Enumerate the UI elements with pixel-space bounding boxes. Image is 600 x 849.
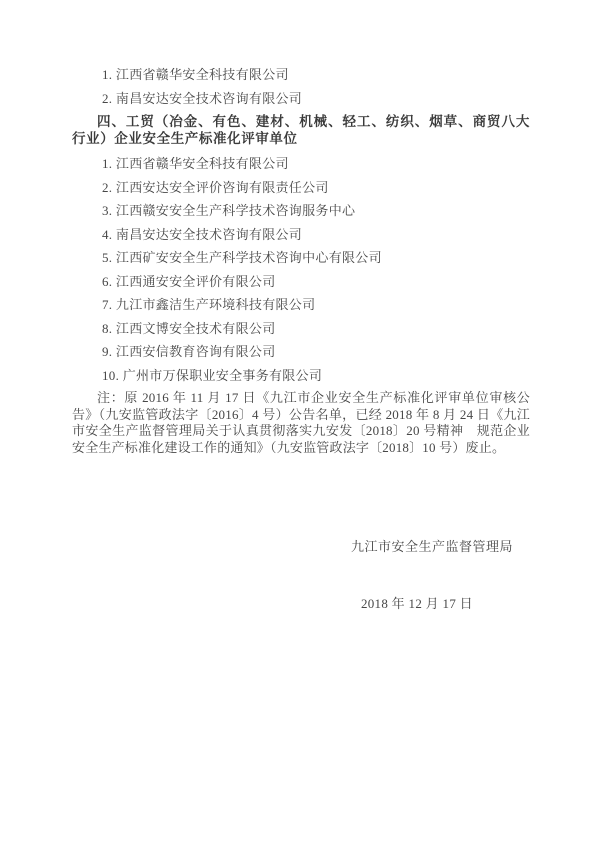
continued-list-item-1: 1. 江西省赣华安全科技有限公司	[72, 66, 530, 83]
section-list-item-7: 7. 九江市鑫洁生产环境科技有限公司	[72, 296, 530, 313]
continued-list-item-2: 2. 南昌安达安全技术咨询有限公司	[72, 90, 530, 107]
section-list-item-9: 9. 江西安信教育咨询有限公司	[72, 343, 530, 360]
section-list-item-1: 1. 江西省赣华安全科技有限公司	[72, 155, 530, 172]
document-content: 1. 江西省赣华安全科技有限公司 2. 南昌安达安全技术咨询有限公司 四、工贸（…	[0, 0, 600, 612]
section-list-item-8: 8. 江西文博安全技术有限公司	[72, 320, 530, 337]
section-list-item-6: 6. 江西通安安全评价有限公司	[72, 273, 530, 290]
note-paragraph: 注：原 2016 年 11 月 17 日《九江市企业安全生产标准化评审单位审核公…	[72, 390, 530, 456]
issue-date: 2018 年 12 月 17 日	[72, 595, 530, 612]
section-list-item-10: 10. 广州市万保职业安全事务有限公司	[72, 367, 530, 384]
section-heading: 四、工贸（冶金、有色、建材、机械、轻工、纺织、烟草、商贸八大行业）企业安全生产标…	[72, 113, 530, 147]
document-page: 1. 江西省赣华安全科技有限公司 2. 南昌安达安全技术咨询有限公司 四、工贸（…	[0, 0, 600, 849]
issuing-authority-signature: 九江市安全生产监督管理局	[72, 538, 530, 555]
section-list-item-5: 5. 江西矿安安全生产科学技术咨询中心有限公司	[72, 249, 530, 266]
section-list-item-4: 4. 南昌安达安全技术咨询有限公司	[72, 226, 530, 243]
section-list-item-2: 2. 江西安达安全评价咨询有限责任公司	[72, 179, 530, 196]
section-list-item-3: 3. 江西赣安安全生产科学技术咨询服务中心	[72, 202, 530, 219]
